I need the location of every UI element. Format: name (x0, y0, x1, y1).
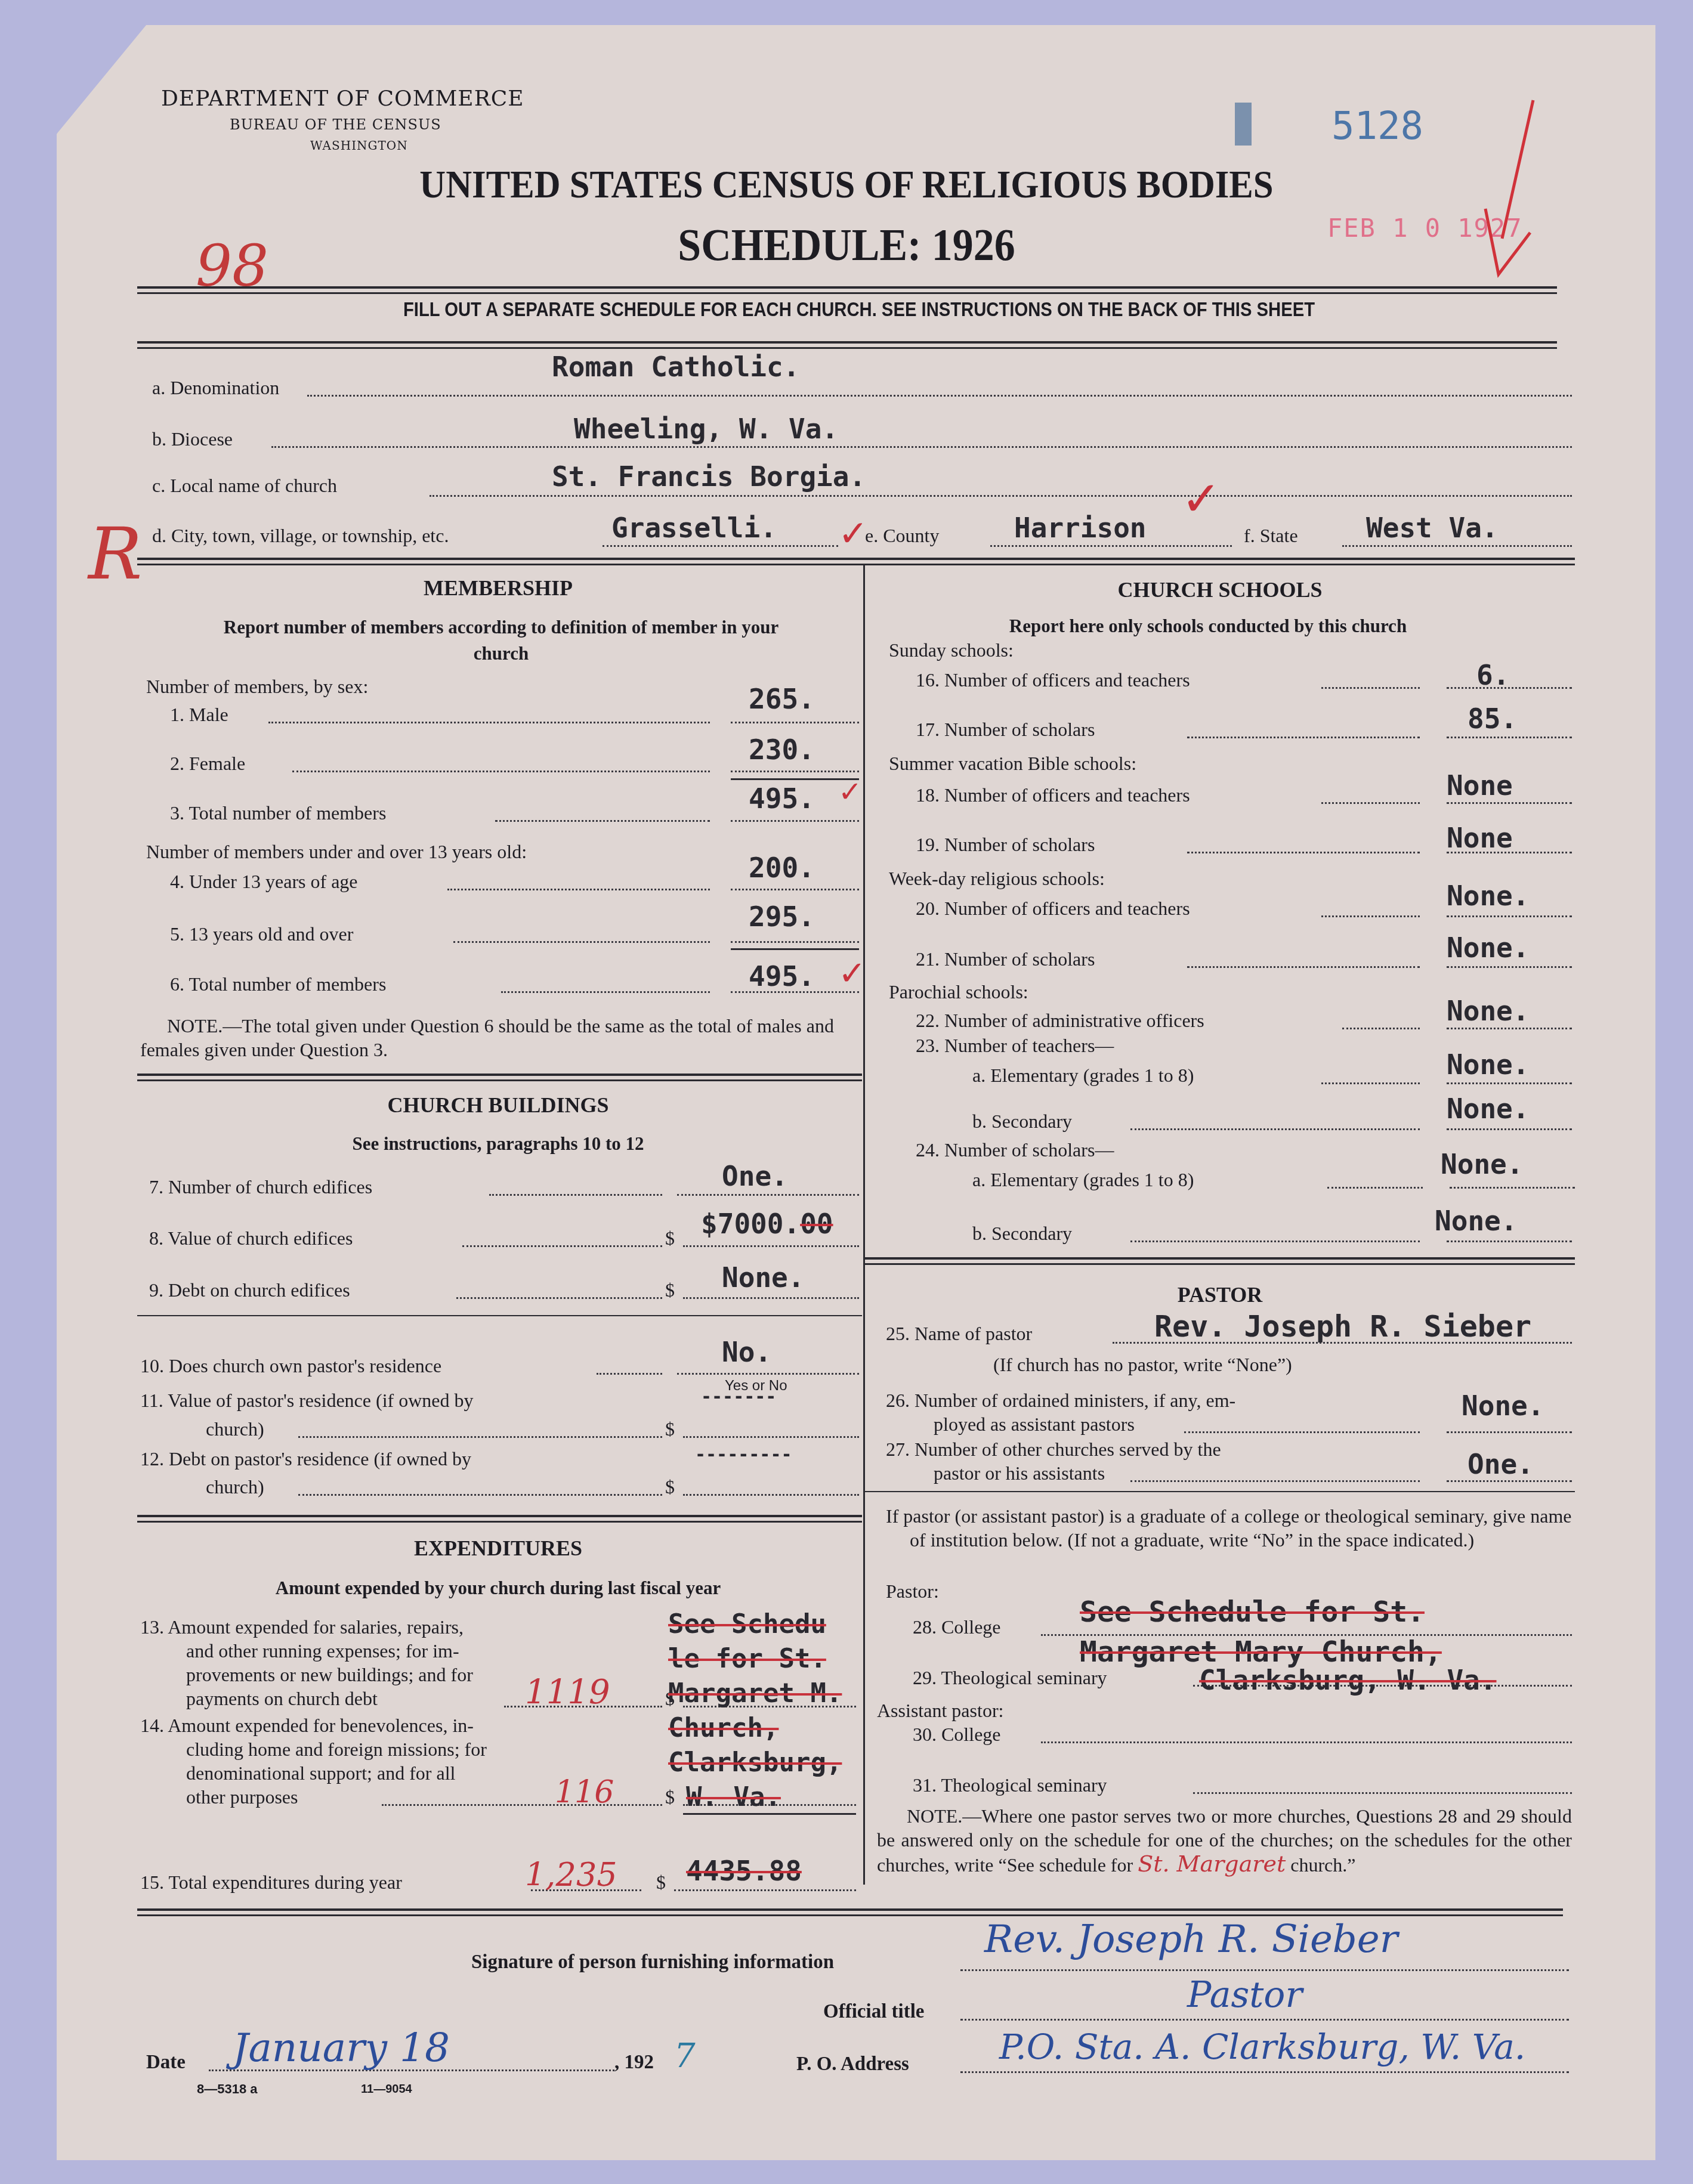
total-members-value[interactable]: 495. (749, 782, 815, 815)
q26-value[interactable]: None. (1462, 1390, 1544, 1422)
church-schools-subtitle: Report here only schools conducted by th… (865, 615, 1551, 637)
field-line (1041, 1741, 1572, 1743)
field-line (1447, 966, 1572, 968)
section-rule (137, 1515, 862, 1523)
field-leader (1321, 915, 1420, 917)
county-value[interactable]: Harrison (1014, 512, 1147, 544)
field-line (1447, 1028, 1572, 1029)
struck-typed-note: See Schedu le for St. Margaret M. Church… (668, 1607, 842, 1815)
q14-line-3: denominational support; and for all (186, 1762, 455, 1784)
field-leader (1130, 1480, 1420, 1482)
local-name-label: c. Local name of church (152, 475, 337, 497)
local-name-value[interactable]: St. Francis Borgia. (552, 460, 866, 493)
signature-line (960, 1969, 1569, 1971)
field-line (1447, 1128, 1572, 1130)
membership-note: NOTE.—The total given under Question 6 s… (140, 1014, 850, 1062)
q19-value[interactable]: None (1447, 822, 1513, 854)
edifices-count-label: 7. Number of church edifices (149, 1176, 372, 1198)
date-value[interactable]: January 18 (233, 2025, 450, 2071)
q23b-label: b. Secondary (972, 1110, 1072, 1133)
pastor-name-label: 25. Name of pastor (886, 1323, 1032, 1345)
diocese-field-line (271, 446, 1572, 448)
field-leader (1187, 852, 1420, 853)
print-number: 11—9054 (361, 2083, 412, 2096)
residence-debt-label-cont: church) (206, 1476, 264, 1498)
field-line (1447, 915, 1572, 917)
field-leader (1130, 1241, 1420, 1242)
pastor-name-value[interactable]: Rev. Joseph R. Sieber (1154, 1309, 1531, 1344)
field-line (731, 722, 859, 723)
local-name-field-line (430, 495, 1572, 497)
q13-handwritten-amount[interactable]: 1119 (525, 1673, 610, 1712)
instructions-rule (137, 341, 1557, 349)
dollar-sign: $ (665, 1476, 675, 1498)
field-leader (1187, 966, 1420, 968)
field-leader (1130, 1128, 1420, 1130)
bureau-heading: BUREAU OF THE CENSUS (230, 116, 441, 133)
official-title-value[interactable]: Pastor (1187, 1974, 1302, 2016)
field-leader (495, 820, 710, 822)
q13-line-2: and other running expenses; for im- (186, 1640, 459, 1662)
q26-label-2: ployed as assistant pastors (934, 1413, 1135, 1436)
sunday-schools-label: Sunday schools: (889, 639, 1014, 661)
official-title-line (960, 2019, 1569, 2021)
graduate-note: If pastor (or assistant pastor) is a gra… (886, 1504, 1590, 1552)
total-typed-amount: 4435.88 (686, 1855, 802, 1887)
male-value[interactable]: 265. (749, 683, 815, 715)
q17-label: 17. Number of scholars (916, 719, 1095, 741)
red-check-icon: ✓ (838, 954, 866, 993)
edifices-value-label: 8. Value of church edifices (149, 1227, 353, 1249)
over-13-value[interactable]: 295. (749, 901, 815, 933)
q14-line-2: cluding home and foreign missions; for (186, 1738, 487, 1761)
male-label: 1. Male (170, 704, 228, 726)
total-members-label: 3. Total number of members (170, 802, 386, 824)
field-line (731, 889, 859, 890)
denomination-field-line (307, 395, 1572, 397)
field-leader (268, 722, 710, 723)
field-line (1447, 737, 1572, 738)
q23-label: 23. Number of teachers— (916, 1035, 1114, 1057)
struck-line: Margaret M. (668, 1676, 842, 1711)
serial-number-stamp: 5128 (1331, 104, 1423, 149)
residence-value-label-cont: church) (206, 1418, 264, 1440)
membership-subtitle: Report number of members according to de… (197, 614, 805, 667)
field-line (1447, 1431, 1572, 1433)
field-line (1447, 1082, 1572, 1084)
field-leader (447, 889, 710, 890)
q22-value[interactable]: None. (1447, 995, 1529, 1027)
form-number: 8—5318 a (197, 2081, 258, 2097)
city-heading: WASHINGTON (310, 138, 408, 153)
official-title-label: Official title (823, 2001, 925, 2023)
field-line (731, 771, 859, 772)
q14-line-4: other purposes (186, 1786, 298, 1808)
q16-value[interactable]: 6. (1476, 659, 1509, 691)
po-address-value[interactable]: P.O. Sta. A. Clarksburg, W. Va. (999, 2027, 1525, 2067)
county-field-line (990, 545, 1232, 547)
field-line (731, 820, 859, 822)
q24b-value[interactable]: None. (1435, 1205, 1517, 1237)
total-expenditures-label: 15. Total expenditures during year (140, 1871, 402, 1894)
section-rule (865, 1491, 1575, 1492)
q23b-value[interactable]: None. (1447, 1093, 1529, 1125)
under-13-value[interactable]: 200. (749, 852, 815, 884)
q18-label: 18. Number of officers and teachers (916, 784, 1190, 806)
total-members-age-label: 6. Total number of members (170, 973, 386, 995)
field-line (731, 941, 859, 943)
field-leader (1321, 1082, 1420, 1084)
q16-label: 16. Number of officers and teachers (916, 669, 1190, 691)
q18-value[interactable]: None (1447, 769, 1513, 802)
q24-label: 24. Number of scholars— (916, 1139, 1114, 1161)
q29-label: 29. Theological seminary (913, 1667, 1107, 1689)
field-line (683, 1494, 859, 1496)
top-rule (137, 286, 1557, 294)
red-check-icon: ✓ (1181, 471, 1221, 527)
red-arrow-icon (1468, 95, 1539, 292)
edifices-value-amount: $7000. (701, 1208, 800, 1240)
pastor-note-handwritten[interactable]: St. Margaret (1138, 1851, 1286, 1877)
field-leader (597, 1373, 662, 1375)
field-leader (489, 1194, 662, 1196)
field-line (1447, 687, 1572, 689)
field-leader (1327, 1187, 1423, 1189)
sum-rule (731, 948, 859, 950)
struck-line: Clarksburg, (668, 1746, 842, 1780)
field-leader (501, 991, 710, 993)
q30-label: 30. College (913, 1724, 1001, 1746)
dollar-sign: $ (656, 1871, 666, 1894)
edifices-debt-label: 9. Debt on church edifices (149, 1279, 350, 1301)
section-rule (137, 1074, 862, 1081)
q14-handwritten-amount[interactable]: 116 (555, 1774, 614, 1810)
year-value[interactable]: 7 (674, 2037, 696, 2075)
struck-line: W. Va. (668, 1780, 842, 1815)
residence-debt-value[interactable]: --------- (695, 1444, 792, 1465)
residence-value-label: 11. Value of pastor's residence (if owne… (140, 1390, 474, 1412)
church-schools-heading: CHURCH SCHOOLS (865, 577, 1575, 602)
assistant-pastor-subheading: Assistant pastor: (877, 1700, 1003, 1722)
state-value[interactable]: West Va. (1366, 512, 1499, 544)
q23a-value[interactable]: None. (1447, 1048, 1529, 1081)
field-leader (1187, 737, 1420, 738)
column-divider (863, 564, 865, 1885)
pastor-name-hint: (If church has no pastor, write “None”) (993, 1354, 1292, 1376)
struck-line: See Schedu (668, 1607, 842, 1642)
state-label: f. State (1244, 525, 1298, 547)
membership-heading: MEMBERSHIP (137, 576, 859, 601)
denomination-label: a. Denomination (152, 377, 279, 399)
church-buildings-heading: CHURCH BUILDINGS (137, 1093, 859, 1118)
field-line (683, 1245, 859, 1247)
pastor-note-suffix: church.” (1290, 1854, 1355, 1876)
church-buildings-subtitle: See instructions, paragraphs 10 to 12 (137, 1133, 859, 1155)
field-line (683, 1297, 859, 1299)
state-field-line (1342, 545, 1572, 547)
owns-residence-label: 10. Does church own pastor's residence (140, 1355, 441, 1377)
city-field-line (603, 545, 838, 547)
edifices-count-value[interactable]: One. (722, 1160, 788, 1192)
field-line (683, 1436, 859, 1438)
field-leader (1321, 687, 1420, 689)
weekday-schools-label: Week-day religious schools: (889, 868, 1105, 890)
expenditures-subtitle: Amount expended by your church during la… (137, 1577, 859, 1599)
q31-label: 31. Theological seminary (913, 1774, 1107, 1796)
field-leader (382, 1804, 662, 1806)
signature-label: Signature of person furnishing informati… (471, 1951, 834, 1973)
q13-line-3: provements or new buildings; and for (186, 1664, 473, 1686)
q27-label-2: pastor or his assistants (934, 1462, 1105, 1484)
struck-line: le for St. (668, 1642, 842, 1676)
total-handwritten-amount[interactable]: 1,235 (525, 1856, 617, 1894)
field-line (1447, 802, 1572, 804)
po-address-label: P. O. Address (796, 2053, 909, 2075)
field-leader (298, 1494, 662, 1496)
field-line (1447, 1241, 1572, 1242)
q20-label: 20. Number of officers and teachers (916, 898, 1190, 920)
field-line (1447, 852, 1572, 853)
field-line (677, 1373, 859, 1375)
county-label: e. County (865, 525, 939, 547)
q22-label: 22. Number of administrative officers (916, 1010, 1204, 1032)
red-check-icon: ✓ (838, 513, 868, 555)
dollar-sign: $ (665, 1227, 675, 1249)
over-13-label: 5. 13 years old and over (170, 923, 353, 945)
q29-value[interactable]: Clarksburg, W. Va. (1199, 1664, 1497, 1696)
dollar-sign: $ (665, 1418, 675, 1440)
year-prefix: , 192 (614, 2052, 654, 2074)
struck-line: Church, (668, 1711, 842, 1746)
signature-value[interactable]: Rev. Joseph R. Sieber (984, 1917, 1398, 1962)
department-heading: DEPARTMENT OF COMMERCE (161, 86, 524, 111)
q20-value[interactable]: None. (1447, 880, 1529, 912)
owns-residence-value[interactable]: No. (722, 1336, 771, 1368)
field-leader (462, 1245, 662, 1247)
handwritten-letter: R (88, 513, 142, 596)
pastor-subheading: Pastor: (886, 1580, 939, 1603)
field-leader (298, 1436, 662, 1438)
field-line (674, 1889, 856, 1891)
po-address-line (960, 2071, 1569, 2073)
pastor-note: NOTE.—Where one pastor serves two or mor… (877, 1804, 1572, 1877)
q14-line-1: 14. Amount expended for benevolences, in… (140, 1715, 474, 1737)
q21-value[interactable]: None. (1447, 932, 1529, 964)
female-value[interactable]: 230. (749, 734, 815, 766)
q26-label-1: 26. Number of ordained ministers, if any… (886, 1390, 1235, 1412)
parochial-schools-label: Parochial schools: (889, 981, 1028, 1003)
edifices-debt-value[interactable]: None. (722, 1261, 804, 1294)
members-by-sex-label: Number of members, by sex: (146, 676, 368, 698)
q24a-value[interactable]: None. (1441, 1148, 1523, 1180)
total-members-age-value[interactable]: 495. (749, 960, 815, 992)
city-label: d. City, town, village, or township, etc… (152, 525, 449, 547)
field-line (677, 1194, 859, 1196)
stamp-mark-icon (1235, 103, 1252, 146)
identification-rule (137, 558, 1575, 565)
field-leader (456, 1297, 662, 1299)
form-title: UNITED STATES CENSUS OF RELIGIOUS BODIES (68, 162, 1626, 208)
diocese-label: b. Diocese (152, 428, 233, 450)
field-leader (1184, 1431, 1420, 1433)
bottom-rule (137, 1908, 1563, 1916)
instructions-banner: FILL OUT A SEPARATE SCHEDULE FOR EACH CH… (254, 298, 1465, 321)
residence-value[interactable]: ------- (701, 1387, 776, 1407)
city-value[interactable]: Grasselli. (611, 512, 777, 544)
field-line (1193, 1792, 1572, 1794)
q17-value[interactable]: 85. (1468, 703, 1517, 735)
date-label: Date (146, 2052, 186, 2074)
under-13-label: 4. Under 13 years of age (170, 871, 358, 893)
edifices-value[interactable]: $7000.00 (701, 1208, 833, 1240)
residence-debt-label: 12. Debt on pastor's residence (if owned… (140, 1448, 471, 1470)
q13-line-1: 13. Amount expended for salaries, repair… (140, 1616, 464, 1638)
members-by-age-label: Number of members under and over 13 year… (146, 841, 527, 863)
q19-label: 19. Number of scholars (916, 834, 1095, 856)
field-line (1450, 1187, 1575, 1189)
red-check-icon: ✓ (838, 775, 862, 809)
field-leader (292, 771, 710, 772)
field-line (1447, 1480, 1572, 1482)
pastor-heading: PASTOR (865, 1282, 1575, 1307)
field-leader (1342, 1028, 1420, 1029)
female-label: 2. Female (170, 753, 245, 775)
q24b-label: b. Secondary (972, 1223, 1072, 1245)
q24a-label: a. Elementary (grades 1 to 8) (972, 1169, 1194, 1191)
dollar-sign: $ (665, 1279, 675, 1301)
summer-schools-label: Summer vacation Bible schools: (889, 753, 1136, 775)
q13-line-4: payments on church debt (186, 1688, 378, 1710)
q27-value[interactable]: One. (1468, 1448, 1534, 1480)
q23a-label: a. Elementary (grades 1 to 8) (972, 1065, 1194, 1087)
diocese-value[interactable]: Wheeling, W. Va. (574, 413, 838, 445)
q27-label-1: 27. Number of other churches served by t… (886, 1439, 1221, 1461)
denomination-value[interactable]: Roman Catholic. (552, 351, 799, 383)
field-leader (453, 941, 710, 943)
q21-label: 21. Number of scholars (916, 948, 1095, 970)
field-leader (1321, 802, 1420, 804)
section-rule (137, 1315, 862, 1316)
q28-label: 28. College (913, 1616, 1001, 1638)
q28-value-line-1[interactable]: See Schedule for St. (1080, 1595, 1425, 1629)
struck-cents: 00 (800, 1208, 833, 1240)
section-rule (865, 1257, 1575, 1265)
expenditures-heading: EXPENDITURES (137, 1536, 859, 1561)
